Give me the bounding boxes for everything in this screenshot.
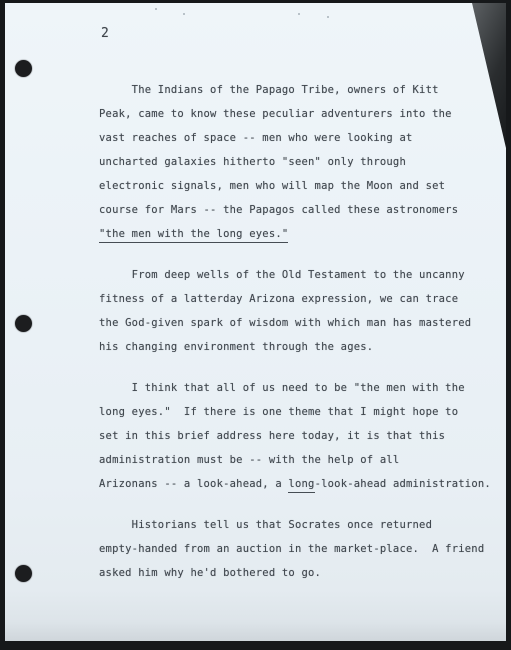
text-line: fitness of a latterday Arizona expressio… bbox=[99, 287, 491, 311]
paragraph: I think that all of us need to be "the m… bbox=[99, 376, 491, 496]
text-line: "the men with the long eyes." bbox=[99, 222, 491, 246]
text-segment: long eyes." If there is one theme that I… bbox=[99, 406, 458, 418]
text-segment: The Indians of the Papago Tribe, owners … bbox=[99, 84, 439, 96]
hole-punch bbox=[15, 60, 32, 77]
text-segment: asked him why he'd bothered to go. bbox=[99, 567, 321, 579]
text-segment: Historians tell us that Socrates once re… bbox=[99, 519, 432, 531]
text-line: his changing environment through the age… bbox=[99, 335, 491, 359]
text-segment: Peak, came to know these peculiar advent… bbox=[99, 108, 452, 120]
text-line: vast reaches of space -- men who were lo… bbox=[99, 126, 491, 150]
text-segment: the God-given spark of wisdom with which… bbox=[99, 317, 471, 329]
text-segment: empty-handed from an auction in the mark… bbox=[99, 543, 484, 555]
page-number: 2 bbox=[101, 27, 109, 41]
text-line: administration must be -- with the help … bbox=[99, 448, 491, 472]
text-line: From deep wells of the Old Testament to … bbox=[99, 263, 491, 287]
text-line: The Indians of the Papago Tribe, owners … bbox=[99, 78, 491, 102]
text-segment: From deep wells of the Old Testament to … bbox=[99, 269, 465, 281]
text-line: Historians tell us that Socrates once re… bbox=[99, 513, 491, 537]
underlined-text: long bbox=[288, 478, 314, 493]
document-body: The Indians of the Papago Tribe, owners … bbox=[99, 78, 491, 585]
text-line: empty-handed from an auction in the mark… bbox=[99, 537, 491, 561]
paragraph: The Indians of the Papago Tribe, owners … bbox=[99, 78, 491, 246]
text-segment: administration must be -- with the help … bbox=[99, 454, 399, 466]
text-segment: course for Mars -- the Papagos called th… bbox=[99, 204, 458, 216]
text-segment: set in this brief address here today, it… bbox=[99, 430, 445, 442]
text-segment: electronic signals, men who will map the… bbox=[99, 180, 445, 192]
scan-speck bbox=[183, 13, 185, 15]
text-segment: Arizonans -- a look-ahead, a bbox=[99, 478, 288, 490]
text-line: electronic signals, men who will map the… bbox=[99, 174, 491, 198]
hole-punch bbox=[15, 315, 32, 332]
text-segment: I think that all of us need to be "the m… bbox=[99, 382, 465, 394]
text-line: Peak, came to know these peculiar advent… bbox=[99, 102, 491, 126]
text-line: the God-given spark of wisdom with which… bbox=[99, 311, 491, 335]
text-segment: his changing environment through the age… bbox=[99, 341, 373, 353]
scan-speck bbox=[327, 16, 329, 18]
text-line: set in this brief address here today, it… bbox=[99, 424, 491, 448]
text-line: uncharted galaxies hitherto "seen" only … bbox=[99, 150, 491, 174]
paragraph: Historians tell us that Socrates once re… bbox=[99, 513, 491, 585]
scan-speck bbox=[155, 8, 157, 10]
text-segment: -look-ahead administration. bbox=[315, 478, 491, 490]
underlined-text: "the men with the long eyes." bbox=[99, 228, 288, 243]
text-line: Arizonans -- a look-ahead, a long-look-a… bbox=[99, 472, 491, 496]
text-segment: fitness of a latterday Arizona expressio… bbox=[99, 293, 458, 305]
text-segment: vast reaches of space -- men who were lo… bbox=[99, 132, 413, 144]
scan-speck bbox=[298, 13, 300, 15]
paragraph: From deep wells of the Old Testament to … bbox=[99, 263, 491, 359]
text-line: asked him why he'd bothered to go. bbox=[99, 561, 491, 585]
text-segment: uncharted galaxies hitherto "seen" only … bbox=[99, 156, 406, 168]
text-line: course for Mars -- the Papagos called th… bbox=[99, 198, 491, 222]
text-line: long eyes." If there is one theme that I… bbox=[99, 400, 491, 424]
scanned-page: { "document": { "page_number": "2", "par… bbox=[0, 0, 511, 650]
text-line: I think that all of us need to be "the m… bbox=[99, 376, 491, 400]
hole-punch bbox=[15, 565, 32, 582]
